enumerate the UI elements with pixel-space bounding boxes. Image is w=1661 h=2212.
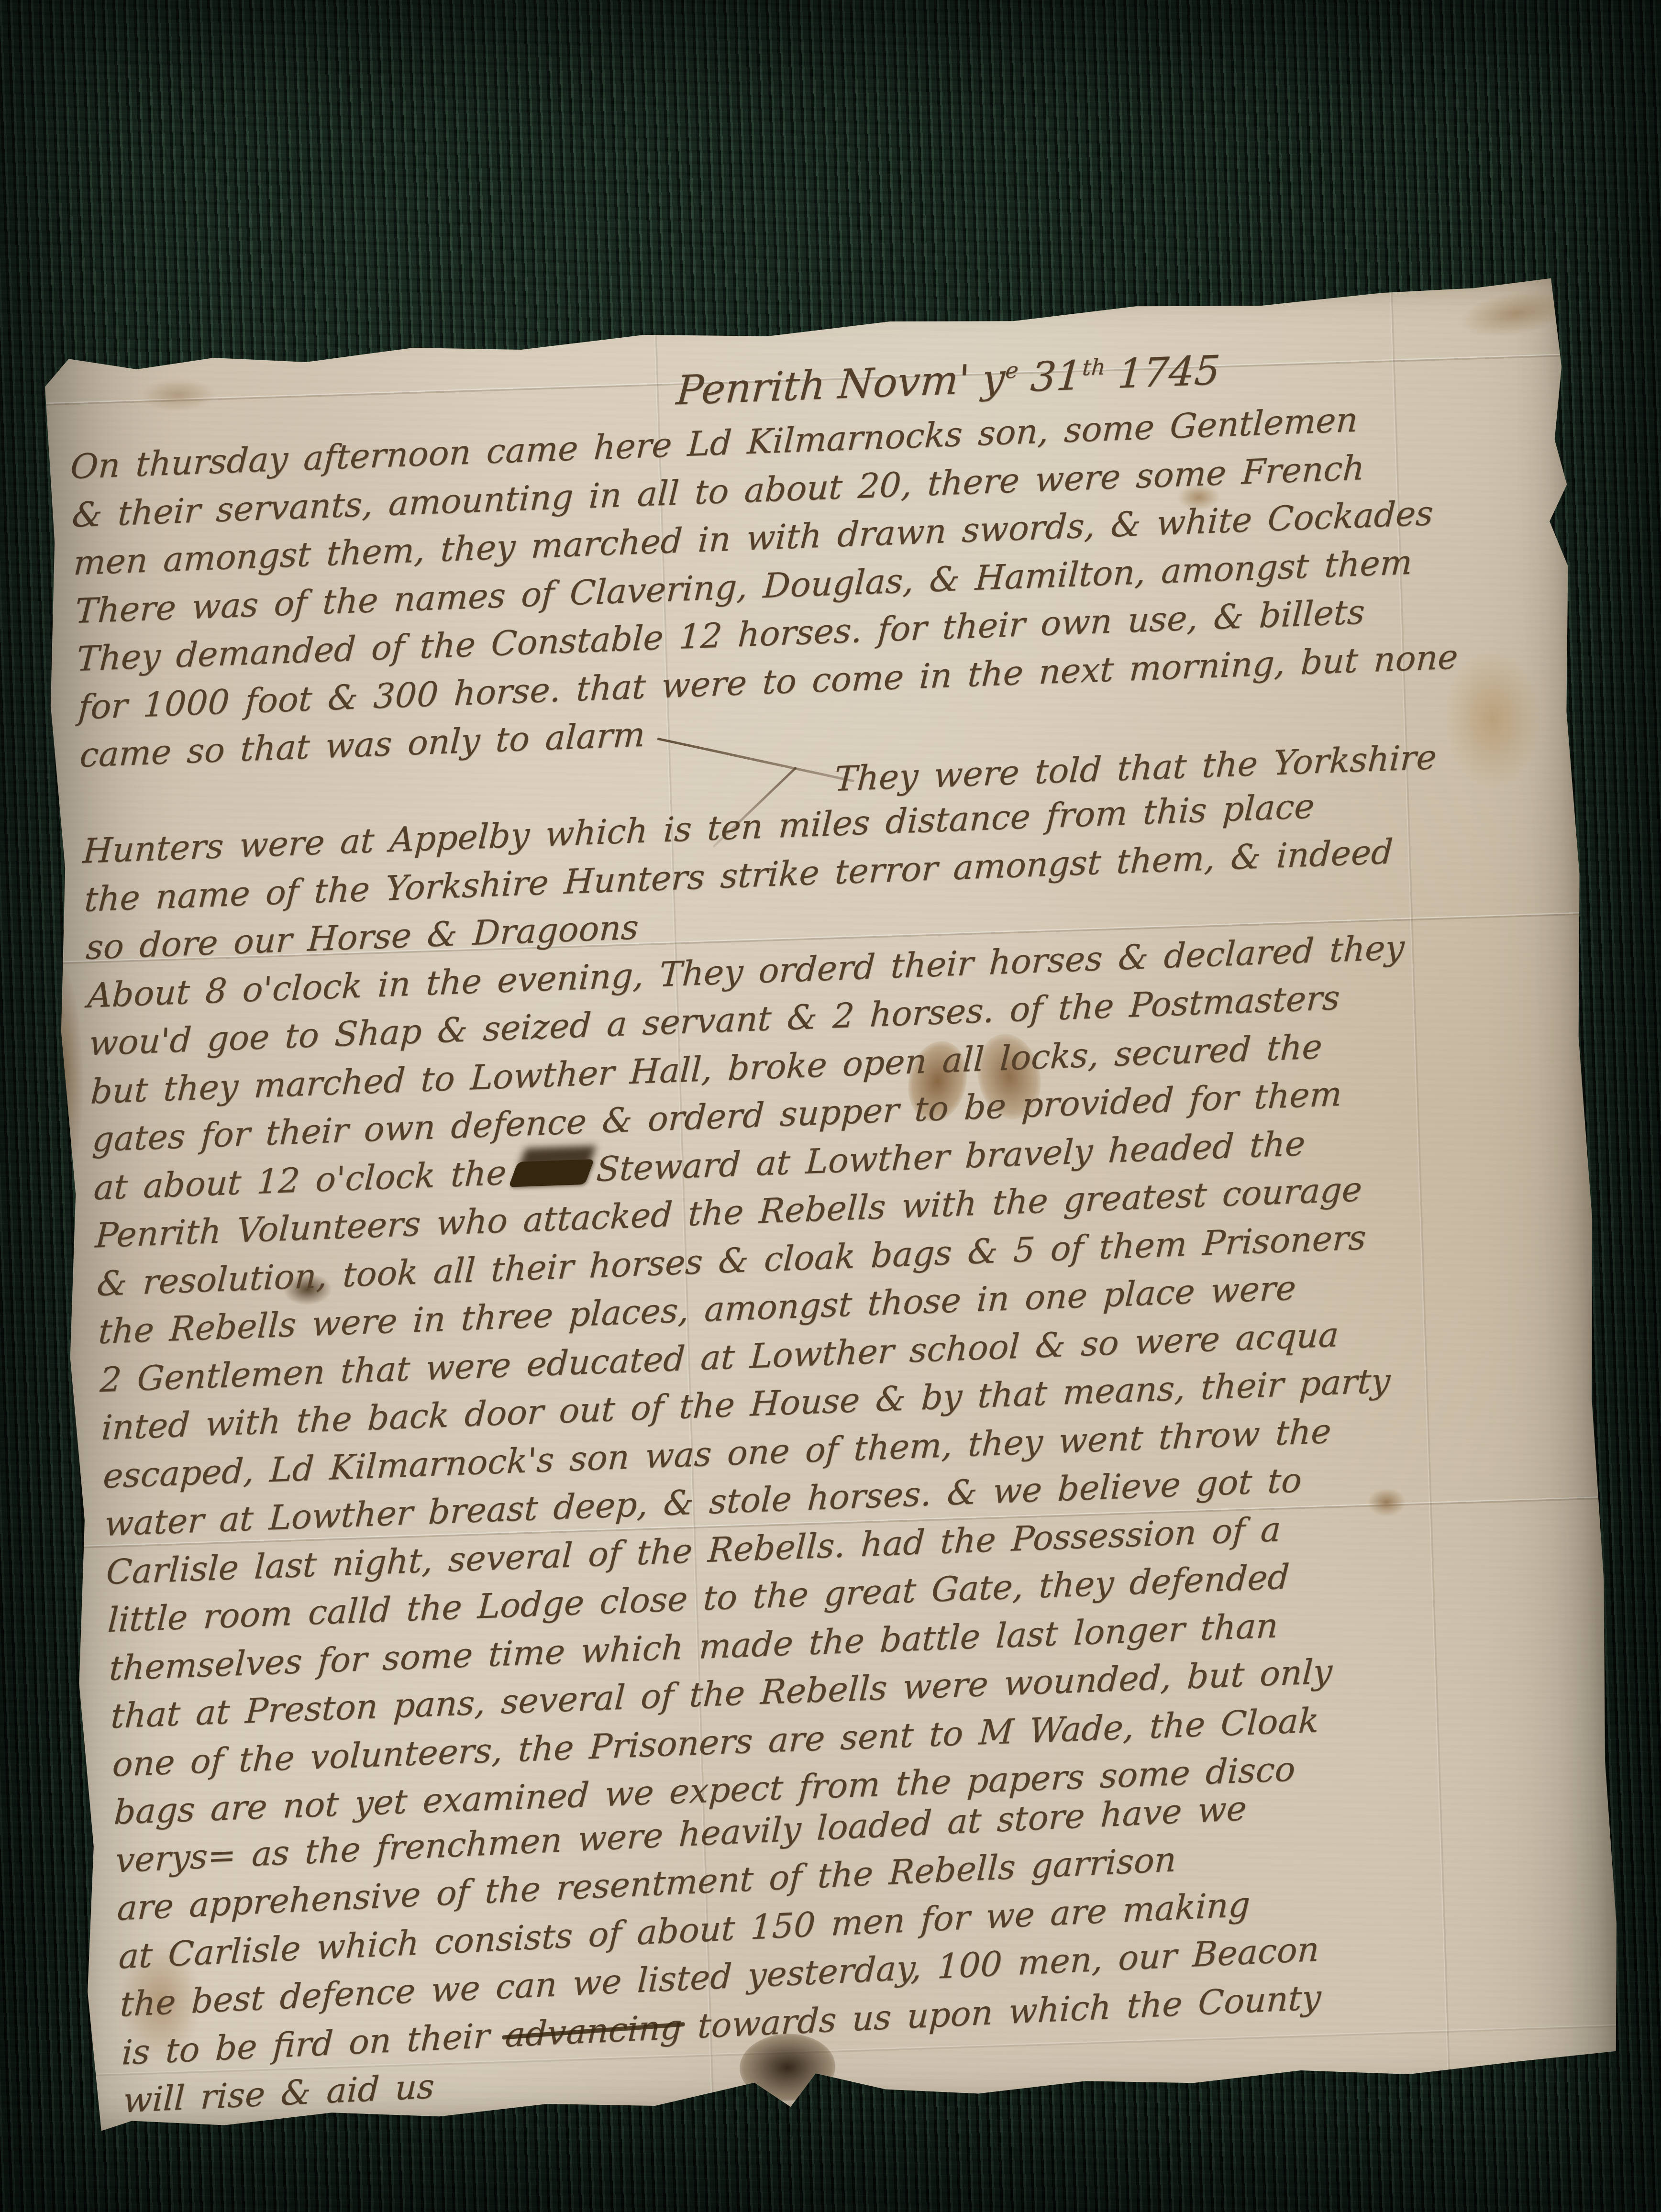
photograph: Penrith Novm' ye 31th 1745 On thursday a… xyxy=(0,0,1661,2212)
pen-flourish xyxy=(657,738,854,783)
ink-blot-scribble xyxy=(509,1159,594,1187)
scribbled-over-word: advancing xyxy=(504,2007,683,2055)
letter-paper: Penrith Novm' ye 31th 1745 On thursday a… xyxy=(28,276,1625,2137)
letter-text: Penrith Novm' ye 31th 1745 On thursday a… xyxy=(67,330,1572,2122)
stain xyxy=(41,965,86,1172)
